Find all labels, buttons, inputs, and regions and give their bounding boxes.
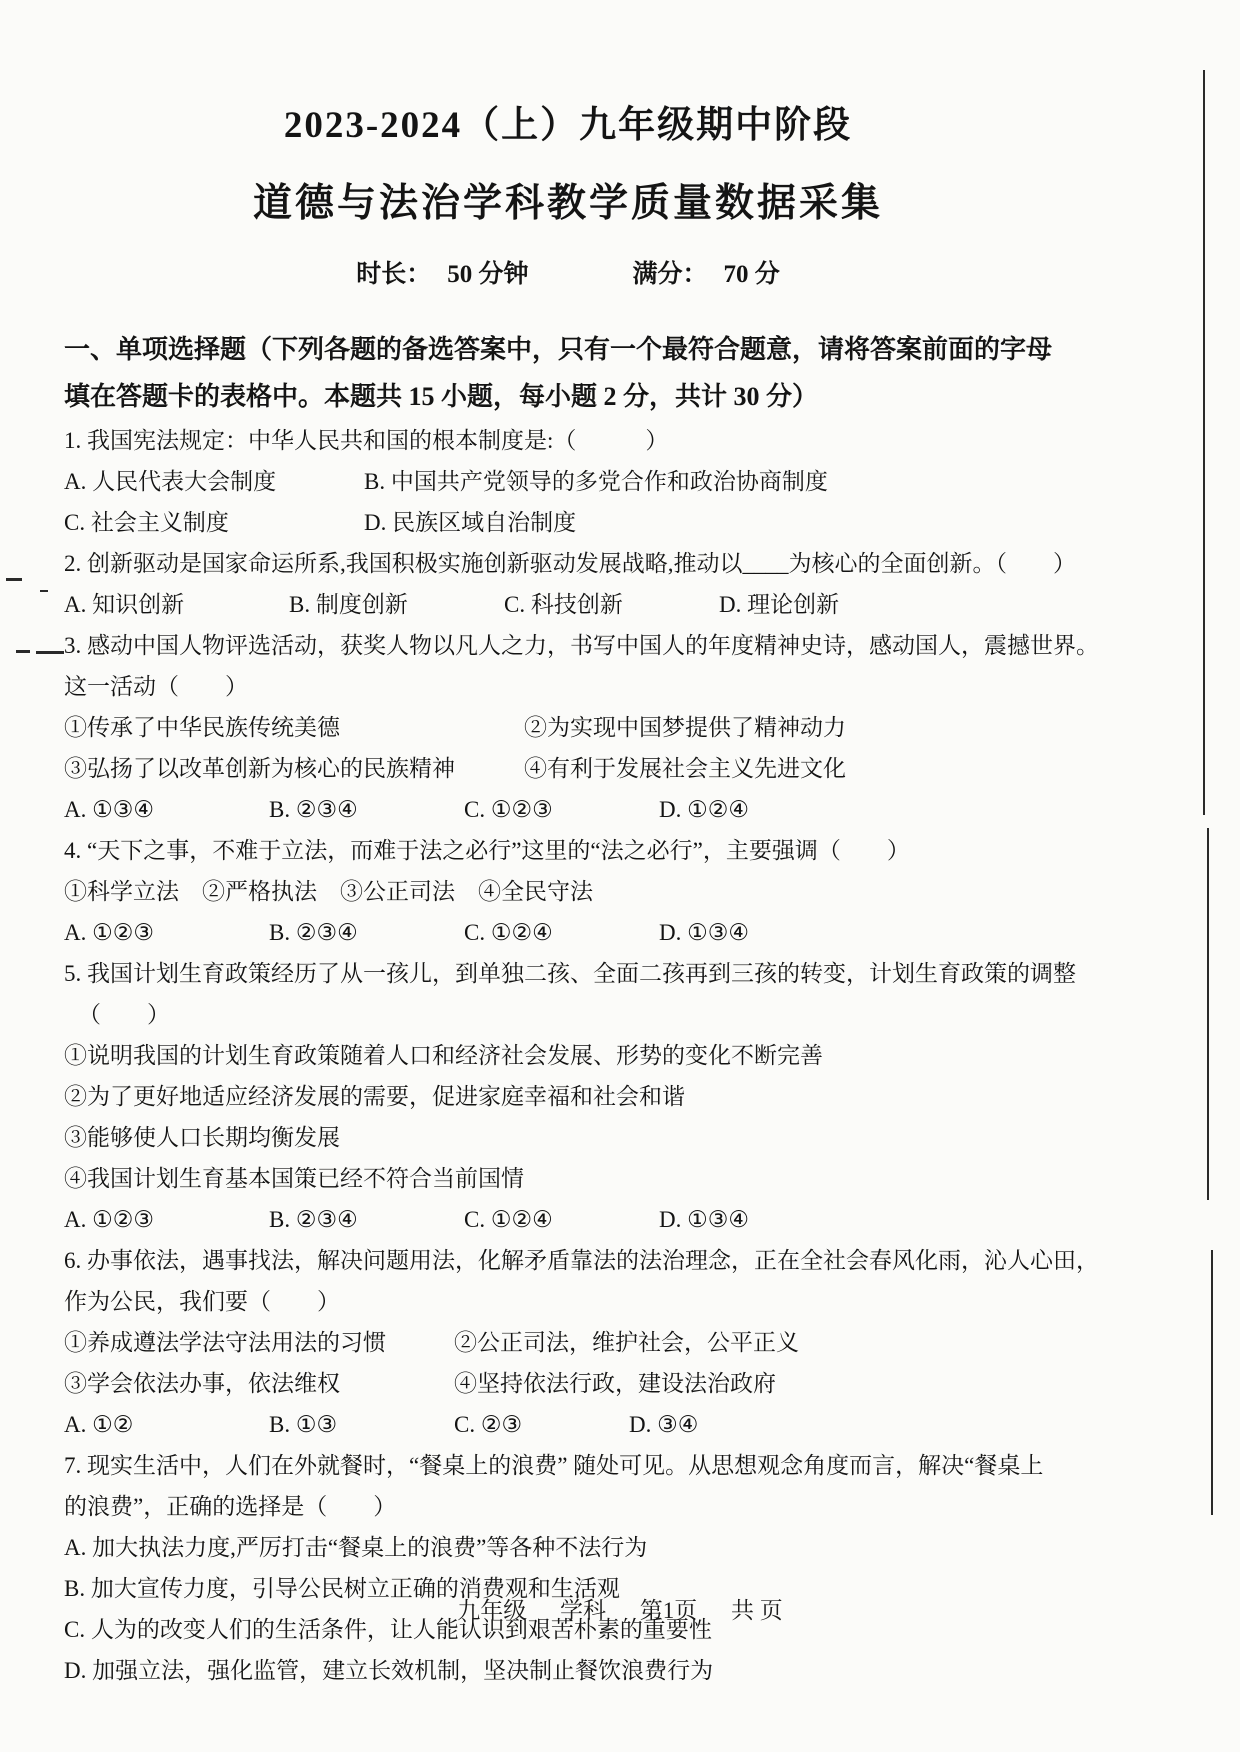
text-cell: 4. “天下之事，不难于立法，而难于法之必行”这里的“法之必行”，主要强调（ ） xyxy=(64,830,910,871)
section-heading-line: 填在答题卡的表格中。本题共 15 小题，每小题 2 分，共计 30 分） xyxy=(64,373,1206,420)
question-text-line: 2. 创新驱动是国家命运所系,我国积极实施创新驱动发展战略,推动以____为核心… xyxy=(64,543,1206,584)
option-cell: A. ①② xyxy=(64,1404,269,1445)
question-options-row: ①传承了中华民族传统美德②为实现中国梦提供了精神动力 xyxy=(64,707,1206,748)
option-cell: C. ①②④ xyxy=(464,912,659,953)
score-label: 满分： xyxy=(633,254,708,290)
scan-mark-speck xyxy=(40,590,48,592)
question-text-line: ①说明我国的计划生育政策随着人口和经济社会发展、形势的变化不断完善 xyxy=(64,1035,1206,1076)
option-cell: C. 科技创新 xyxy=(504,584,719,625)
option-cell: ③弘扬了以改革创新为核心的民族精神 xyxy=(64,748,524,789)
scan-edge-line-middle xyxy=(1207,828,1209,1200)
option-cell: ②为实现中国梦提供了精神动力 xyxy=(524,707,846,748)
question-7: 7. 现实生活中，人们在外就餐时，“餐桌上的浪费” 随处可见。从思想观念角度而言… xyxy=(64,1445,1206,1691)
question-text-line: 6. 办事依法，遇事找法，解决问题用法，化解矛盾靠法的法治理念，正在全社会春风化… xyxy=(64,1240,1206,1281)
text-cell: D. 加强立法，强化监管，建立长效机制，坚决制止餐饮浪费行为 xyxy=(64,1650,713,1691)
option-cell: B. ②③④ xyxy=(269,1199,464,1240)
scan-mark-dash xyxy=(36,651,64,654)
exam-meta-line: 时长： 50 分钟 满分： 70 分 xyxy=(0,254,1188,290)
option-cell: ②公正司法，维护社会，公平正义 xyxy=(454,1322,799,1363)
option-cell: A. ①②③ xyxy=(64,1199,269,1240)
footer-total-pages: 共 页 xyxy=(731,1598,783,1623)
option-cell: D. ①②④ xyxy=(659,789,749,830)
text-cell: ③能够使人口长期均衡发展 xyxy=(64,1117,340,1158)
question-5: 5. 我国计划生育政策经历了从一孩儿，到单独二孩、全面二孩再到三孩的转变，计划生… xyxy=(64,953,1206,1240)
option-cell: C. ②③ xyxy=(454,1404,629,1445)
question-options-row: A. ①③④B. ②③④C. ①②③D. ①②④ xyxy=(64,789,1206,830)
option-cell: C. 社会主义制度 xyxy=(64,502,364,543)
exam-body: 一、单项选择题（下列各题的备选答案中，只有一个最符合题意，请将答案前面的字母 填… xyxy=(0,326,1240,1691)
question-1: 1. 我国宪法规定：中华人民共和国的根本制度是:（ ）A. 人民代表大会制度B.… xyxy=(64,420,1206,543)
question-text-line: ①科学立法 ②严格执法 ③公正司法 ④全民守法 xyxy=(64,871,1206,912)
exam-page: 2023-2024（上）九年级期中阶段 道德与法治学科教学质量数据采集 时长： … xyxy=(0,0,1240,1752)
question-text-line: 7. 现实生活中，人们在外就餐时，“餐桌上的浪费” 随处可见。从思想观念角度而言… xyxy=(64,1445,1206,1486)
question-text-line: 的浪费”，正确的选择是（ ） xyxy=(64,1486,1206,1527)
option-cell: B. 中国共产党领导的多党合作和政治协商制度 xyxy=(364,461,828,502)
text-cell: 6. 办事依法，遇事找法，解决问题用法，化解矛盾靠法的法治理念，正在全社会春风化… xyxy=(64,1240,1099,1281)
question-text-line: 3. 感动中国人物评选活动，获奖人物以凡人之力，书写中国人的年度精神史诗，感动国… xyxy=(64,625,1206,666)
question-text-line: A. 加大执法力度,严厉打击“餐桌上的浪费”等各种不法行为 xyxy=(64,1527,1206,1568)
question-text-line: ②为了更好地适应经济发展的需要，促进家庭幸福和社会和谐 xyxy=(64,1076,1206,1117)
option-cell: B. ①③ xyxy=(269,1404,454,1445)
option-cell: B. ②③④ xyxy=(269,912,464,953)
question-2: 2. 创新驱动是国家命运所系,我国积极实施创新驱动发展战略,推动以____为核心… xyxy=(64,543,1206,625)
text-cell: 5. 我国计划生育政策经历了从一孩儿，到单独二孩、全面二孩再到三孩的转变，计划生… xyxy=(64,953,1076,994)
question-options-row: ③弘扬了以改革创新为核心的民族精神④有利于发展社会主义先进文化 xyxy=(64,748,1206,789)
option-cell: D. ③④ xyxy=(629,1404,698,1445)
option-cell: A. ①③④ xyxy=(64,789,269,830)
question-text-line: 这一活动（ ） xyxy=(64,666,1206,707)
option-cell: ④有利于发展社会主义先进文化 xyxy=(524,748,846,789)
score-value: 70 分 xyxy=(724,254,780,290)
question-options-row: A. 知识创新B. 制度创新C. 科技创新D. 理论创新 xyxy=(64,584,1206,625)
text-cell: （ ） xyxy=(78,994,170,1035)
option-cell: ①养成遵法学法守法用法的习惯 xyxy=(64,1322,454,1363)
footer-grade: 九年级 xyxy=(457,1598,526,1623)
question-text-line: 作为公民，我们要（ ） xyxy=(64,1281,1206,1322)
option-cell: ①传承了中华民族传统美德 xyxy=(64,707,524,748)
option-cell: A. 人民代表大会制度 xyxy=(64,461,364,502)
scan-mark-dash xyxy=(6,578,22,581)
scan-edge-line-bottom xyxy=(1211,1250,1213,1515)
option-cell: C. ①②④ xyxy=(464,1199,659,1240)
scan-edge-line-top xyxy=(1203,70,1205,815)
option-cell: A. ①②③ xyxy=(64,912,269,953)
text-cell: ①说明我国的计划生育政策随着人口和经济社会发展、形势的变化不断完善 xyxy=(64,1035,823,1076)
question-text-line: ④我国计划生育基本国策已经不符合当前国情 xyxy=(64,1158,1206,1199)
option-cell: A. 知识创新 xyxy=(64,584,289,625)
section-heading-line: 一、单项选择题（下列各题的备选答案中，只有一个最符合题意，请将答案前面的字母 xyxy=(64,326,1206,373)
question-options-row: A. ①②③B. ②③④C. ①②④D. ①③④ xyxy=(64,1199,1206,1240)
question-options-row: A. 人民代表大会制度B. 中国共产党领导的多党合作和政治协商制度 xyxy=(64,461,1206,502)
exam-title-line2: 道德与法治学科教学质量数据采集 xyxy=(0,172,1188,228)
question-options-row: A. ①②③B. ②③④C. ①②④D. ①③④ xyxy=(64,912,1206,953)
footer-subject: 学科 xyxy=(560,1598,606,1623)
option-cell: D. 民族区域自治制度 xyxy=(364,502,576,543)
text-cell: 1. 我国宪法规定：中华人民共和国的根本制度是:（ ） xyxy=(64,420,668,461)
question-6: 6. 办事依法，遇事找法，解决问题用法，化解矛盾靠法的法治理念，正在全社会春风化… xyxy=(64,1240,1206,1445)
question-options-row: C. 社会主义制度D. 民族区域自治制度 xyxy=(64,502,1206,543)
text-cell: 的浪费”，正确的选择是（ ） xyxy=(64,1486,396,1527)
option-cell: D. ①③④ xyxy=(659,912,749,953)
questions-list: 1. 我国宪法规定：中华人民共和国的根本制度是:（ ）A. 人民代表大会制度B.… xyxy=(64,420,1206,1691)
exam-title-line1: 2023-2024（上）九年级期中阶段 xyxy=(0,0,1188,148)
option-cell: D. ①③④ xyxy=(659,1199,749,1240)
duration-value: 50 分钟 xyxy=(447,254,528,290)
meta-spacer xyxy=(529,254,633,290)
question-text-line: 1. 我国宪法规定：中华人民共和国的根本制度是:（ ） xyxy=(64,420,1206,461)
text-cell: ②为了更好地适应经济发展的需要，促进家庭幸福和社会和谐 xyxy=(64,1076,685,1117)
option-cell: D. 理论创新 xyxy=(719,584,839,625)
text-cell: 3. 感动中国人物评选活动，获奖人物以凡人之力，书写中国人的年度精神史诗，感动国… xyxy=(64,625,1099,666)
question-text-line: 4. “天下之事，不难于立法，而难于法之必行”这里的“法之必行”，主要强调（ ） xyxy=(64,830,1206,871)
text-cell: ①科学立法 ②严格执法 ③公正司法 ④全民守法 xyxy=(64,871,593,912)
option-cell: ④坚持依法行政，建设法治政府 xyxy=(454,1363,776,1404)
scan-mark-dash xyxy=(16,650,30,653)
question-options-row: ①养成遵法学法守法用法的习惯②公正司法，维护社会，公平正义 xyxy=(64,1322,1206,1363)
text-cell: 2. 创新驱动是国家命运所系,我国积极实施创新驱动发展战略,推动以____为核心… xyxy=(64,543,1076,584)
question-4: 4. “天下之事，不难于立法，而难于法之必行”这里的“法之必行”，主要强调（ ）… xyxy=(64,830,1206,953)
question-options-row: A. ①②B. ①③C. ②③D. ③④ xyxy=(64,1404,1206,1445)
text-cell: A. 加大执法力度,严厉打击“餐桌上的浪费”等各种不法行为 xyxy=(64,1527,647,1568)
option-cell: B. ②③④ xyxy=(269,789,464,830)
text-cell: ④我国计划生育基本国策已经不符合当前国情 xyxy=(64,1158,524,1199)
text-cell: 7. 现实生活中，人们在外就餐时，“餐桌上的浪费” 随处可见。从思想观念角度而言… xyxy=(64,1445,1043,1486)
question-3: 3. 感动中国人物评选活动，获奖人物以凡人之力，书写中国人的年度精神史诗，感动国… xyxy=(64,625,1206,830)
option-cell: C. ①②③ xyxy=(464,789,659,830)
question-options-row: ③学会依法办事，依法维权④坚持依法行政，建设法治政府 xyxy=(64,1363,1206,1404)
duration-label: 时长： xyxy=(356,254,431,290)
question-text-line: D. 加强立法，强化监管，建立长效机制，坚决制止餐饮浪费行为 xyxy=(64,1650,1206,1691)
question-text-line: 5. 我国计划生育政策经历了从一孩儿，到单独二孩、全面二孩再到三孩的转变，计划生… xyxy=(64,953,1206,994)
footer-page-number: 第1页 xyxy=(640,1598,698,1623)
option-cell: B. 制度创新 xyxy=(289,584,504,625)
page-footer: 九年级 学科 第1页 共 页 xyxy=(0,1592,1240,1625)
question-text-line: ③能够使人口长期均衡发展 xyxy=(64,1117,1206,1158)
question-text-line: （ ） xyxy=(64,994,1206,1035)
option-cell: ③学会依法办事，依法维权 xyxy=(64,1363,454,1404)
section-heading: 一、单项选择题（下列各题的备选答案中，只有一个最符合题意，请将答案前面的字母 填… xyxy=(64,326,1206,420)
text-cell: 作为公民，我们要（ ） xyxy=(64,1281,340,1322)
text-cell: 这一活动（ ） xyxy=(64,666,248,707)
